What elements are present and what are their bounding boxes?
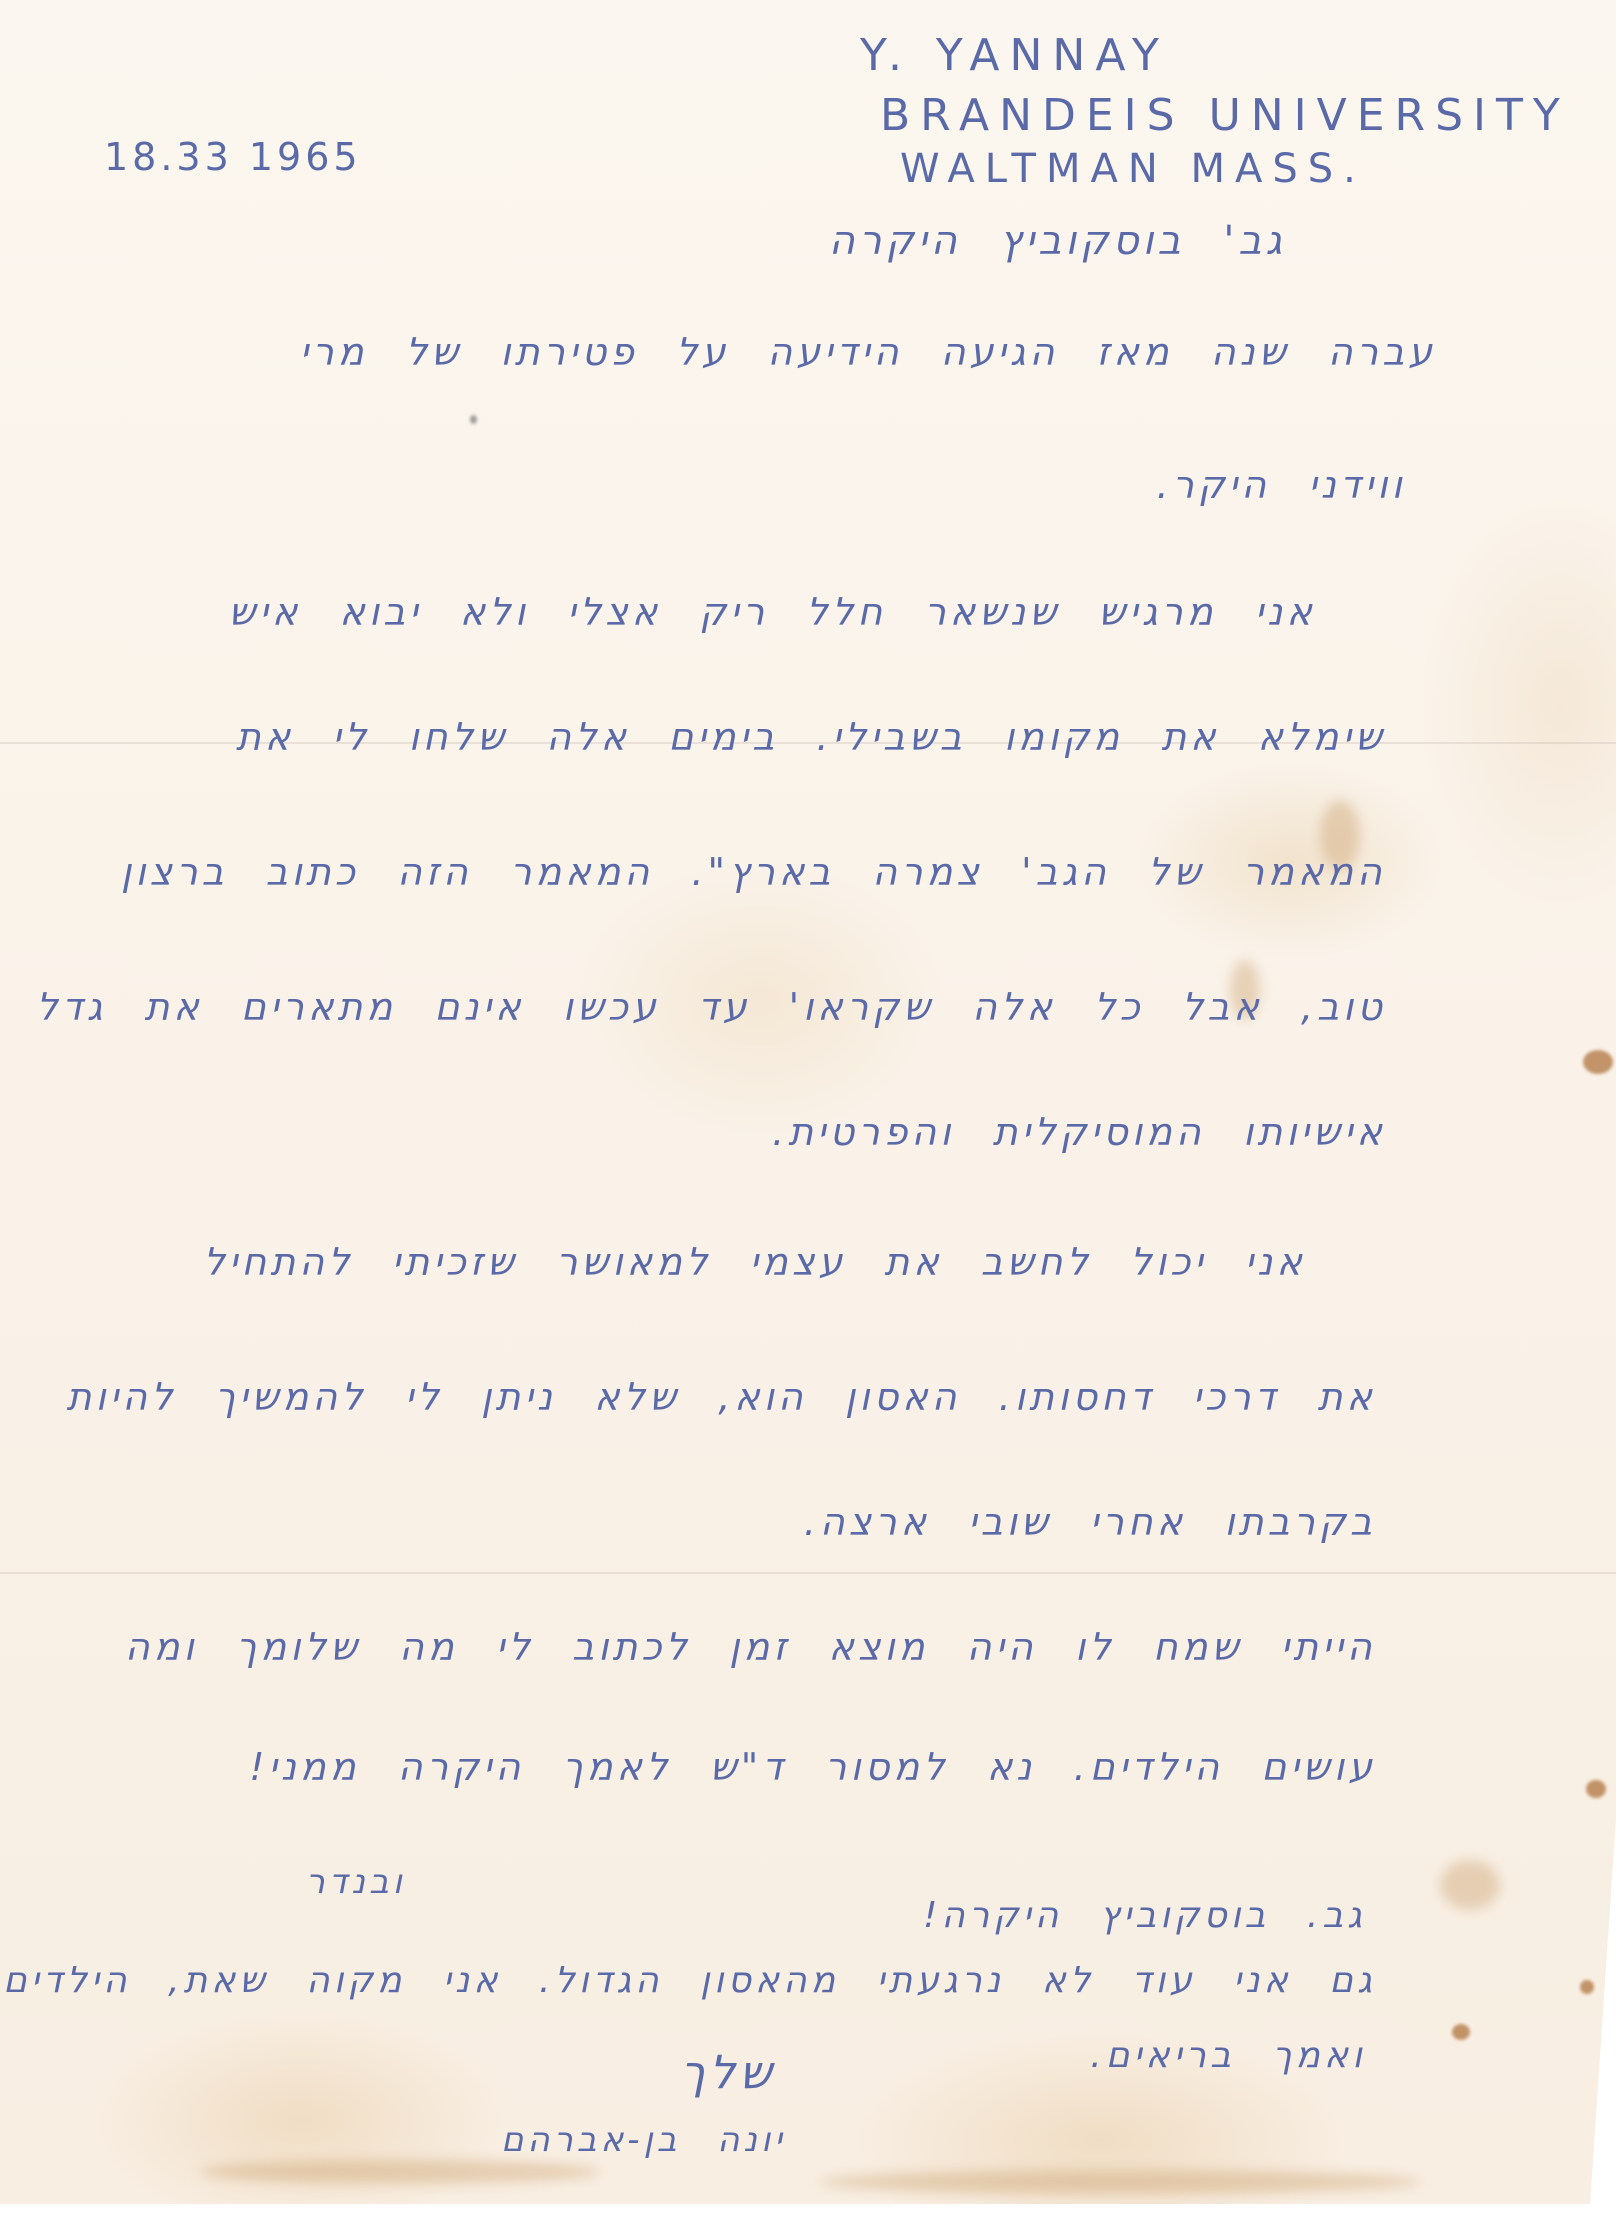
body-line: שימלא את מקומו בשבילי. בימים אלה שלחו לי…	[236, 715, 1386, 759]
stain-spot	[1452, 2024, 1470, 2040]
salutation: גב' בוסקוביץ היקרה	[829, 218, 1286, 264]
body-line: אישיותו המוסיקלית והפרטית.	[772, 1110, 1386, 1154]
stain-spot	[200, 2160, 600, 2184]
body-line: אני יכול לחשב את עצמי למאושר שזכיתי להתח…	[203, 1240, 1306, 1284]
paper-sheet: Y. YANNAY BRANDEIS UNIVERSITY WALTMAN MA…	[0, 0, 1616, 2204]
body-line: בקרבתו אחרי שובי ארצה.	[804, 1500, 1376, 1544]
signoff-word: ובנדר	[306, 1862, 406, 1902]
body-line: המאמר של הגב' צמרה בארץ". המאמר הזה כתוב…	[121, 850, 1386, 894]
body-line: ווידני היקר.	[1156, 463, 1406, 507]
ink-dot	[470, 415, 477, 424]
signature-name: יונה בן-אברהם	[501, 2120, 786, 2160]
body-line: הייתי שמח לו היה מוצא זמן לכתוב לי מה של…	[125, 1625, 1376, 1669]
sender-institution: BRANDEIS UNIVERSITY	[880, 90, 1570, 141]
body-line: עברה שנה מאז הגיעה הידיעה על פטירתו של מ…	[300, 330, 1436, 374]
body-line: עושים הילדים. נא למסור ד"ש לאמך היקרה ממ…	[249, 1745, 1376, 1789]
scanned-letter: Y. YANNAY BRANDEIS UNIVERSITY WALTMAN MA…	[0, 0, 1616, 2224]
postscript-greeting: גב. בוסקוביץ היקרה!	[923, 1895, 1366, 1936]
stain-spot	[1580, 1980, 1594, 1994]
stain-spot	[1440, 1860, 1500, 1910]
fold-line	[0, 1572, 1616, 1574]
signature-mark: שלך	[681, 2045, 776, 2099]
stain-spot	[820, 2170, 1420, 2194]
sender-city: WALTMAN MASS.	[900, 146, 1366, 192]
body-line: טוב, אבל כל אלה שקראו' עד עכשו אינם מתאר…	[36, 985, 1386, 1029]
postscript-line: ואמך בריאים.	[1090, 2035, 1366, 2076]
stain-spot	[1586, 1780, 1606, 1798]
letter-date: 18.33 1965	[104, 135, 362, 179]
body-line: את דרכי דחסותו. האסון הוא, שלא ניתן לי ל…	[67, 1375, 1377, 1419]
sender-name: Y. YANNAY	[860, 30, 1169, 81]
postscript-line: גם אני עוד לא נרגעתי מהאסון הגדול. אני מ…	[3, 1960, 1376, 2001]
stain-spot	[1583, 1050, 1613, 1074]
body-line: אני מרגיש שנשאר חלל ריק אצלי ולא יבוא אי…	[229, 590, 1316, 634]
